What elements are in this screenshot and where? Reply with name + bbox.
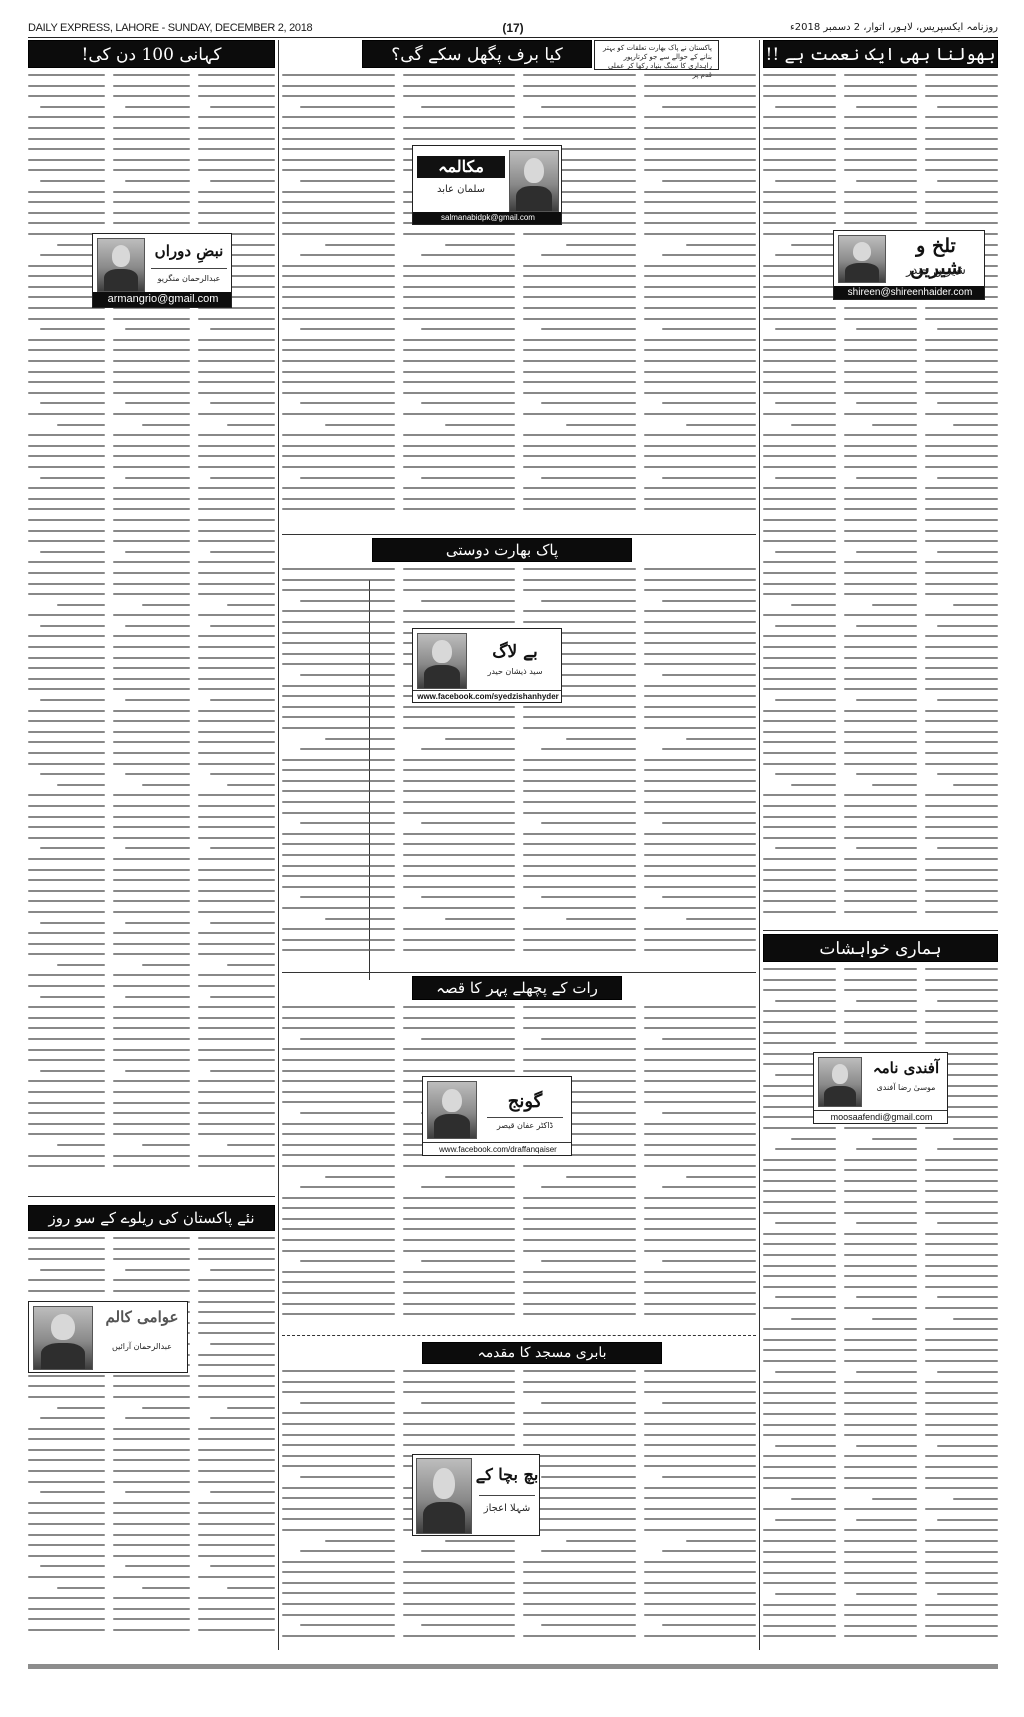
- author-photo: [417, 633, 467, 689]
- author-email: armangrio@gmail.com: [93, 292, 232, 307]
- headline: پاک بھارت دوستی: [372, 538, 632, 562]
- page-footer-rule: [28, 1664, 998, 1669]
- author-photo: [97, 238, 145, 292]
- author-photo: [33, 1306, 93, 1370]
- article-body: [763, 74, 998, 924]
- text-column: [644, 1370, 757, 1650]
- page-number: (17): [502, 21, 523, 35]
- text-column: [644, 74, 757, 524]
- author-name: شیریں حیدر: [888, 263, 984, 277]
- column-title: بے لاگ: [471, 641, 559, 662]
- masthead: DAILY EXPRESS, LAHORE - SUNDAY, DECEMBER…: [28, 20, 998, 38]
- column-title: مکالمہ: [417, 156, 505, 178]
- author-name: عبدالرحمان منگریو: [147, 274, 231, 283]
- text-column: [28, 1237, 105, 1647]
- section-rule: [763, 930, 998, 931]
- text-column: [403, 1006, 516, 1326]
- article-bhoolna: بھولنا بھی ایک نعمت ہے !! تلخ و شیریں شی…: [763, 40, 998, 930]
- article-intro: پاکستان نے پاک بھارت تعلقات کو بہتر بنان…: [594, 40, 719, 70]
- author-name: عبدالرحمان آرائیں: [99, 1342, 185, 1351]
- text-column: [282, 568, 395, 963]
- text-column: [844, 74, 917, 924]
- columnist-byline: نبضِ دوراں عبدالرحمان منگریو armangrio@g…: [92, 233, 232, 308]
- author-name: شہلا اعجاز: [475, 1503, 539, 1514]
- author-email: shireen@shireenhaider.com: [834, 286, 985, 299]
- author-email: salmanabidpk@gmail.com: [413, 212, 562, 224]
- article-khwahishat: ہماری خواہشات آفندی نامہ موسیٰ رضا آفندی…: [763, 934, 998, 1650]
- masthead-paper-date: DAILY EXPRESS, LAHORE - SUNDAY, DECEMBER…: [28, 22, 312, 34]
- masthead-urdu-date: روزنامہ ایکسپریس، لاہور، اتوار، 2 دسمبر …: [790, 22, 998, 33]
- author-name: سلمان عابد: [417, 184, 505, 195]
- author-name: سید ذیشان حیدر: [471, 667, 559, 676]
- columnist-byline: بچ بچا کے شہلا اعجاز: [412, 1454, 540, 1536]
- section-rule: [282, 972, 756, 973]
- section-rule-dashed: [282, 1335, 756, 1336]
- article-barf: کیا برف پگھل سکے گی؟ پاکستان نے پاک بھار…: [282, 40, 756, 530]
- author-photo: [427, 1081, 477, 1139]
- author-photo: [509, 150, 559, 212]
- article-raat-ke-pichle-pehar: رات کے پچھلے پہر کا قصہ گونج ڈاکٹر عفان …: [282, 976, 756, 1331]
- column-divider: [759, 40, 760, 1650]
- article-railway: نئے پاکستان کی ریلوے کے سو روز عوامی کال…: [28, 1205, 275, 1650]
- columnist-byline: مکالمہ سلمان عابد salmanabidpk@gmail.com: [412, 145, 562, 225]
- author-email: moosaafendi@gmail.com: [814, 1110, 948, 1123]
- author-name: موسیٰ رضا آفندی: [864, 1083, 948, 1092]
- article-babri-masjid: بابری مسجد کا مقدمہ بچ بچا کے شہلا اعجاز: [282, 1342, 756, 1650]
- headline: بھولنا بھی ایک نعمت ہے !!: [763, 40, 998, 68]
- text-column: [644, 1006, 757, 1326]
- columnist-byline: عوامی کالم عبدالرحمان آرائیں: [28, 1301, 188, 1373]
- text-column: [644, 568, 757, 963]
- text-column: [282, 1006, 395, 1326]
- headline: رات کے پچھلے پہر کا قصہ: [412, 976, 622, 1000]
- text-column: [403, 74, 516, 524]
- text-column: [113, 1237, 190, 1647]
- columnist-byline: گونج ڈاکٹر عفان قیصر www.facebook.com/dr…: [422, 1076, 572, 1156]
- text-column: [523, 1006, 636, 1326]
- headline: بابری مسجد کا مقدمہ: [422, 1342, 662, 1364]
- article-kahani-100-din: کہانی 100 دن کی! نبضِ دوراں عبدالرحمان م…: [28, 40, 275, 1190]
- author-url: www.facebook.com/draffanqaiser: [423, 1142, 572, 1155]
- text-column: [523, 74, 636, 524]
- columnist-byline: بے لاگ سید ذیشان حیدر www.facebook.com/s…: [412, 628, 562, 703]
- author-photo: [838, 235, 886, 283]
- author-name: ڈاکٹر عفان قیصر: [481, 1121, 569, 1130]
- text-column: [198, 1237, 275, 1647]
- column-title: نبضِ دوراں: [147, 242, 231, 260]
- columnist-byline: آفندی نامہ موسیٰ رضا آفندی moosaafendi@g…: [813, 1052, 948, 1124]
- column-divider: [278, 40, 279, 1650]
- author-photo: [818, 1057, 862, 1107]
- column-title: عوامی کالم: [99, 1308, 185, 1334]
- article-body: [282, 74, 756, 524]
- text-column: [763, 74, 836, 924]
- text-column: [282, 74, 395, 524]
- newspaper-page: بھولنا بھی ایک نعمت ہے !! تلخ و شیریں شی…: [28, 40, 998, 1650]
- article-pak-bharat-dosti: پاک بھارت دوستی بے لاگ سید ذیشان حیدر ww…: [282, 538, 756, 968]
- column-title: گونج: [481, 1091, 569, 1112]
- author-url: www.facebook.com/syedzishanhyder: [413, 690, 562, 702]
- section-rule: [282, 534, 756, 535]
- text-column: [282, 1370, 395, 1650]
- article-body: [282, 1006, 756, 1326]
- headline: نئے پاکستان کی ریلوے کے سو روز: [28, 1205, 275, 1231]
- columnist-byline: تلخ و شیریں شیریں حیدر shireen@shireenha…: [833, 230, 985, 300]
- headline: کیا برف پگھل سکے گی؟: [362, 40, 592, 68]
- author-photo: [416, 1458, 472, 1534]
- headline: ہماری خواہشات: [763, 934, 998, 962]
- column-title: بچ بچا کے: [475, 1465, 539, 1484]
- text-column: [925, 74, 998, 924]
- headline: کہانی 100 دن کی!: [28, 40, 275, 68]
- section-rule: [28, 1196, 275, 1197]
- column-title: آفندی نامہ: [864, 1059, 948, 1077]
- article-body: [28, 1237, 275, 1647]
